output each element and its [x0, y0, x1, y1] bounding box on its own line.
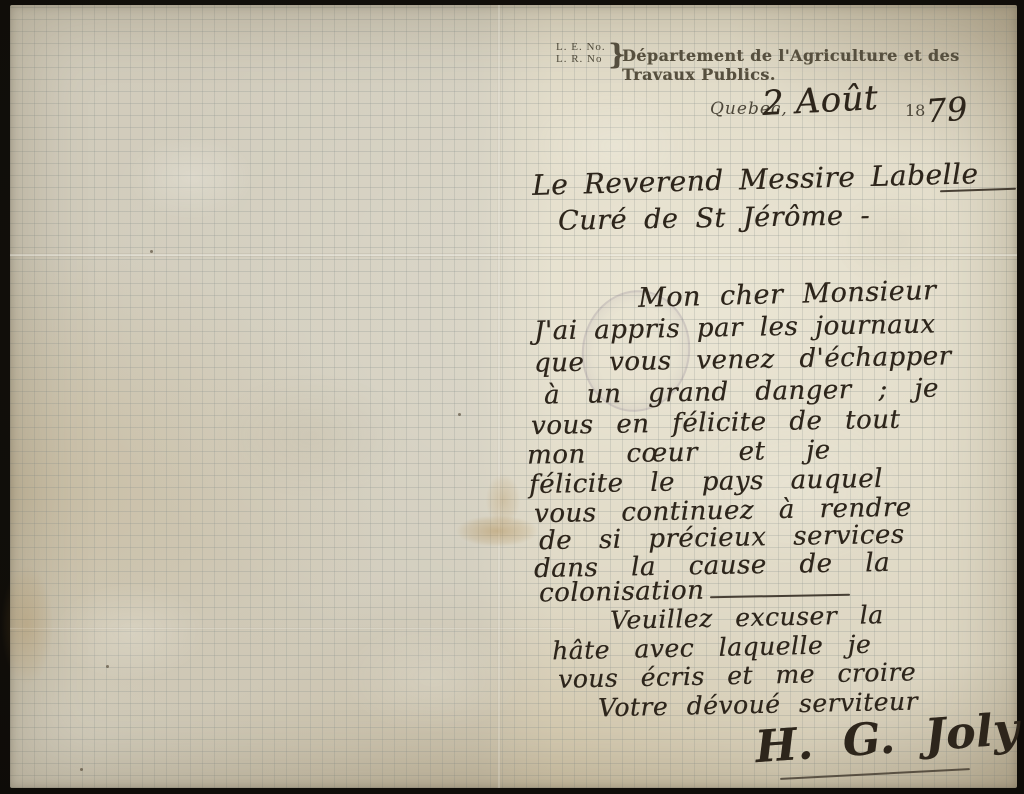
addressee-line-2: Curé de St Jérôme -	[558, 200, 871, 236]
letterhead-title: Département de l'Agriculture et des Trav…	[622, 46, 992, 84]
body-line: vous en félicite de tout	[531, 405, 901, 441]
flourish-line-colonisation	[710, 594, 850, 598]
reference-numbers: L. E. No. L. R. No	[556, 41, 606, 65]
fold-crease-horizontal	[10, 253, 1017, 257]
addressee-line-1: Le Reverend Messire Labelle	[532, 157, 979, 202]
body-line: J'ai appris par les journaux	[534, 309, 936, 346]
date-year-printed: 18	[905, 101, 925, 120]
date-day-month: 2 Août	[761, 78, 879, 124]
paper-speck	[106, 665, 109, 668]
body-line: que vous venez d'échapper	[534, 341, 952, 378]
date-year-written: 79	[925, 90, 969, 131]
paper-speck	[80, 768, 83, 771]
paper-speck	[150, 250, 153, 253]
paper-speck	[458, 413, 461, 416]
salutation: Mon cher Monsieur	[638, 275, 937, 314]
stain-spot	[480, 465, 526, 535]
signature-underline	[780, 768, 970, 780]
fold-crease-lower	[10, 627, 574, 630]
paper-sheet: L. E. No. L. R. No } Département de l'Ag…	[10, 5, 1017, 788]
fold-crease-vertical	[497, 5, 501, 788]
scan-background: { "letter": { "letterhead": { "reference…	[0, 0, 1024, 794]
stain-spot	[0, 545, 62, 705]
